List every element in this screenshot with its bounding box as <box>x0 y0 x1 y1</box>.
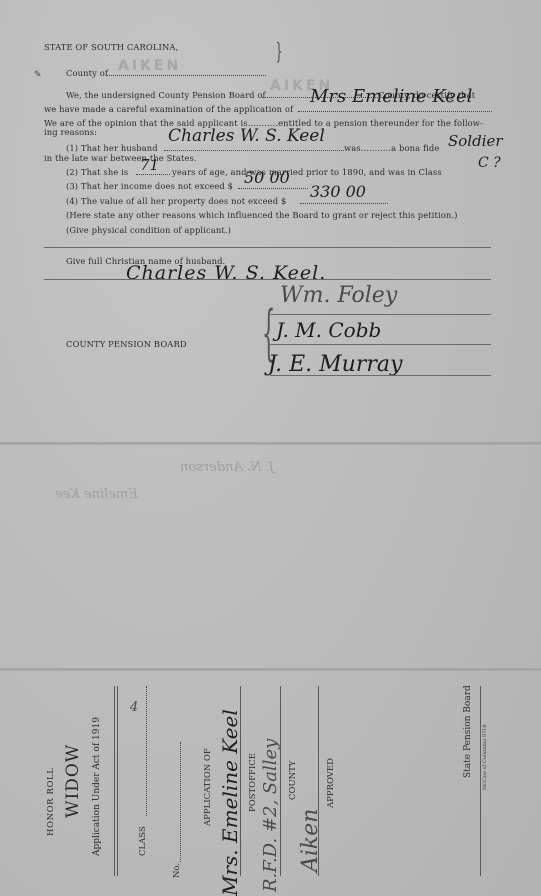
no-dotline <box>180 742 181 862</box>
act-line: Application Under Act of 1919 <box>92 717 102 856</box>
reason4-prefix: (4) The value of all her property does n… <box>66 196 286 206</box>
application-rule <box>240 686 241 876</box>
class-mark: 4 <box>130 700 138 715</box>
husband-fullname: Charles W. S. Keel. <box>126 262 326 284</box>
postoffice-label: POSTOFFICE <box>248 753 258 812</box>
income-value: 50 00 <box>244 168 290 187</box>
county-value-back: Aiken <box>298 809 323 872</box>
separator-rule <box>44 247 491 248</box>
signature-rule-2 <box>270 344 491 345</box>
printer-mark: McCaw of Columbia 9718 <box>482 724 488 790</box>
state-pension-board: State Pension Board <box>463 685 473 778</box>
class-dotline <box>146 686 147 816</box>
county-rule <box>318 686 319 876</box>
fold-line <box>0 668 541 671</box>
reason1-cont: in the late war between the States. <box>44 153 197 163</box>
signature-1: Wm. Foley <box>280 283 397 308</box>
state-board-rule <box>480 686 481 876</box>
signature-rule-1 <box>270 314 491 315</box>
property-value: 330 00 <box>310 182 366 201</box>
bleed-through-2: Emeline Kee <box>55 487 138 502</box>
class-label: CLASS <box>138 826 148 856</box>
approved-label: APPROVED <box>326 758 336 808</box>
pension-document: STATE OF SOUTH CAROLINA, } ✎ County of A… <box>0 0 541 896</box>
double-rule <box>117 686 118 876</box>
ink-mark: ✎ <box>34 70 42 80</box>
no-label: No. <box>172 863 182 878</box>
honor-roll: HONOR ROLL <box>46 767 56 836</box>
county-label-back: COUNTY <box>288 761 298 800</box>
double-rule <box>114 686 115 876</box>
certify-prefix: We, the undersigned County Pension Board… <box>66 90 266 100</box>
other-reasons: (Here state any other reasons which infl… <box>66 210 458 220</box>
exam-line: we have made a careful examination of th… <box>44 104 293 114</box>
bleed-through-1: J. N. Anderson <box>180 460 274 475</box>
husband-role: Soldier <box>448 132 503 150</box>
reason2-prefix: (2) That she is <box>66 167 128 177</box>
postoffice-rule <box>280 686 281 876</box>
reason1-prefix: (1) That her husband <box>66 143 158 153</box>
application-of-label: APPLICATION OF <box>203 748 213 826</box>
county-stamp: AIKEN <box>118 58 181 74</box>
class-value: C ? <box>478 155 501 171</box>
applicant-name: Mrs Emeline Keel <box>310 86 472 107</box>
signature-2: J. M. Cobb <box>276 318 381 342</box>
signature-3: J. E. Murray <box>268 352 402 377</box>
signature-rule-3 <box>270 375 491 376</box>
widow-heading: WIDOW <box>63 744 83 818</box>
county-label: County of <box>66 68 108 78</box>
reason2-suffix: years of age, and was married prior to 1… <box>172 167 442 177</box>
application-of-value: Mrs. Emeline Keel <box>218 709 242 896</box>
fold-line <box>0 442 541 445</box>
husband-name: Charles W. S. Keel <box>168 126 325 146</box>
husband-name-rule <box>44 279 491 280</box>
reason1-was: was...........a bona fide <box>344 143 439 153</box>
age-value: 71 <box>140 156 159 174</box>
brace: } <box>276 40 283 65</box>
postoffice-value: R.F.D. #2, Salley <box>260 739 281 892</box>
state-heading: STATE OF SOUTH CAROLINA, <box>44 42 178 52</box>
reason3-prefix: (3) That her income does not exceed $ <box>66 181 233 191</box>
opinion-line2: ing reasons: <box>44 127 97 137</box>
board-label: COUNTY PENSION BOARD <box>66 339 187 349</box>
physical-condition: (Give physical condition of applicant.) <box>66 225 231 235</box>
